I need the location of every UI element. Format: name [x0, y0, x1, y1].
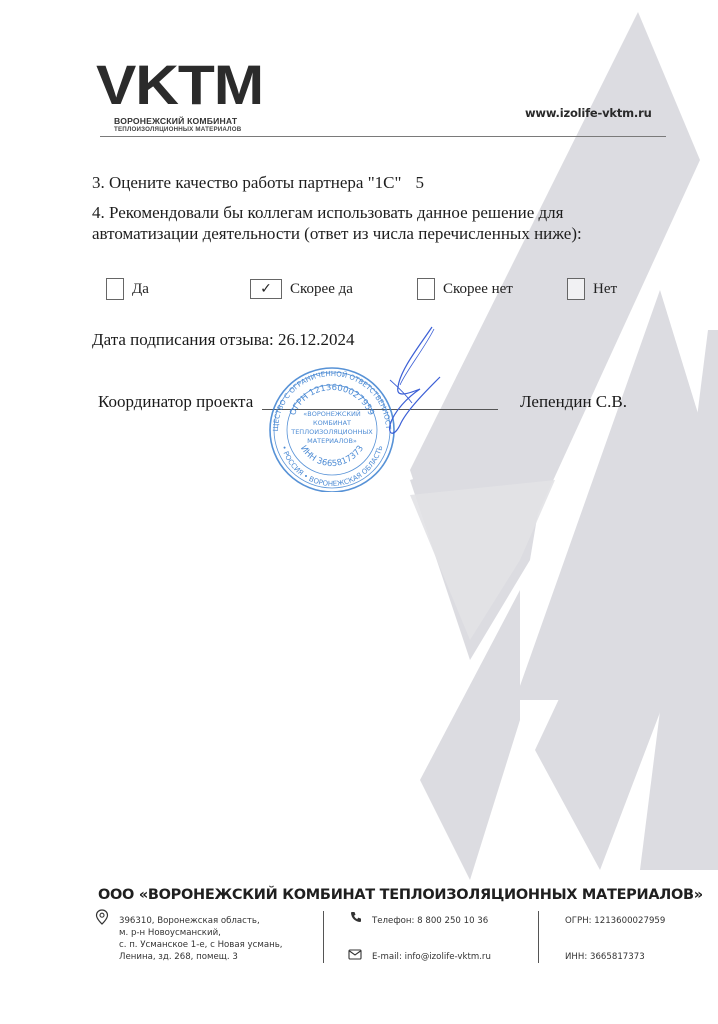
footer-company-name: ООО «ВОРОНЕЖСКИЙ КОМБИНАТ ТЕПЛОИЗОЛЯЦИОН…: [98, 887, 703, 903]
question-3: 3. Оцените качество работы партнера "1С"…: [92, 172, 424, 193]
option-yes-label: Да: [132, 281, 149, 298]
company-logo: VKTM ВОРОНЕЖСКИЙ КОМБИНАТ ТЕПЛОИЗОЛЯЦИОН…: [96, 60, 251, 133]
website-link[interactable]: www.izolife-vktm.ru: [525, 106, 652, 120]
svg-text:ИНН 3665817373: ИНН 3665817373: [298, 444, 366, 469]
logo-subtitle-line1: ВОРОНЕЖСКИЙ КОМБИНАТ: [114, 116, 251, 126]
checkbox-rather-yes-checked[interactable]: ✓: [250, 279, 282, 299]
svg-text:КОМБИНАТ: КОМБИНАТ: [313, 419, 351, 427]
signer-role: Координатор проекта: [98, 392, 253, 412]
signing-date: Дата подписания отзыва: 26.12.2024: [92, 330, 355, 350]
checkbox-no[interactable]: [567, 278, 585, 300]
checkbox-yes[interactable]: [106, 278, 124, 300]
svg-text:«ВОРОНЕЖСКИЙ: «ВОРОНЕЖСКИЙ: [303, 409, 361, 418]
signature-scribble-icon: [360, 325, 450, 445]
option-no-label: Нет: [593, 281, 617, 298]
address-line: 396310, Воронежская область,: [119, 915, 283, 927]
phone-icon: [350, 911, 362, 923]
logo-subtitle-line2: ТЕПЛОИЗОЛЯЦИОННЫХ МАТЕРИАЛОВ: [114, 126, 251, 133]
question-4-text: 4. Рекомендовали бы коллегам использоват…: [92, 202, 652, 244]
address-line: с. п. Усманское 1-е, с Новая усмань,: [119, 939, 283, 951]
option-no[interactable]: Нет: [567, 277, 617, 301]
question-3-score: 5: [415, 173, 424, 192]
footer-inn: ИНН: 3665817373: [565, 951, 645, 963]
option-rather-yes[interactable]: ✓ Скорее да: [250, 277, 353, 301]
option-yes[interactable]: Да: [106, 277, 149, 301]
option-rather-no-label: Скорее нет: [443, 281, 513, 298]
option-rather-no[interactable]: Скорее нет: [417, 277, 513, 301]
option-rather-yes-label: Скорее да: [290, 281, 353, 298]
footer-phone[interactable]: Телефон: 8 800 250 10 36: [372, 915, 488, 927]
map-pin-icon: [95, 909, 109, 925]
checkbox-rather-no[interactable]: [417, 278, 435, 300]
address-line: м. р-н Новоусманский,: [119, 927, 283, 939]
footer-divider: [323, 911, 324, 963]
question-3-text: 3. Оцените качество работы партнера "1С": [92, 173, 401, 192]
footer-email[interactable]: E-mail: info@izolife-vktm.ru: [372, 951, 491, 963]
logo-mark: VKTM: [96, 60, 263, 110]
footer-ogrn: ОГРН: 1213600027959: [565, 915, 665, 927]
envelope-icon: [348, 949, 362, 960]
footer-divider: [538, 911, 539, 963]
footer-address: 396310, Воронежская область, м. р-н Ново…: [119, 915, 283, 963]
recommendation-options: Да ✓ Скорее да Скорее нет Нет: [106, 277, 666, 303]
background-diagonal-shapes: [0, 0, 718, 1024]
signer-name: Лепендин С.В.: [520, 392, 627, 412]
svg-text:МАТЕРИАЛОВ»: МАТЕРИАЛОВ»: [307, 437, 357, 445]
address-line: Ленина, зд. 268, помещ. 3: [119, 951, 283, 963]
header-divider: [100, 136, 666, 137]
